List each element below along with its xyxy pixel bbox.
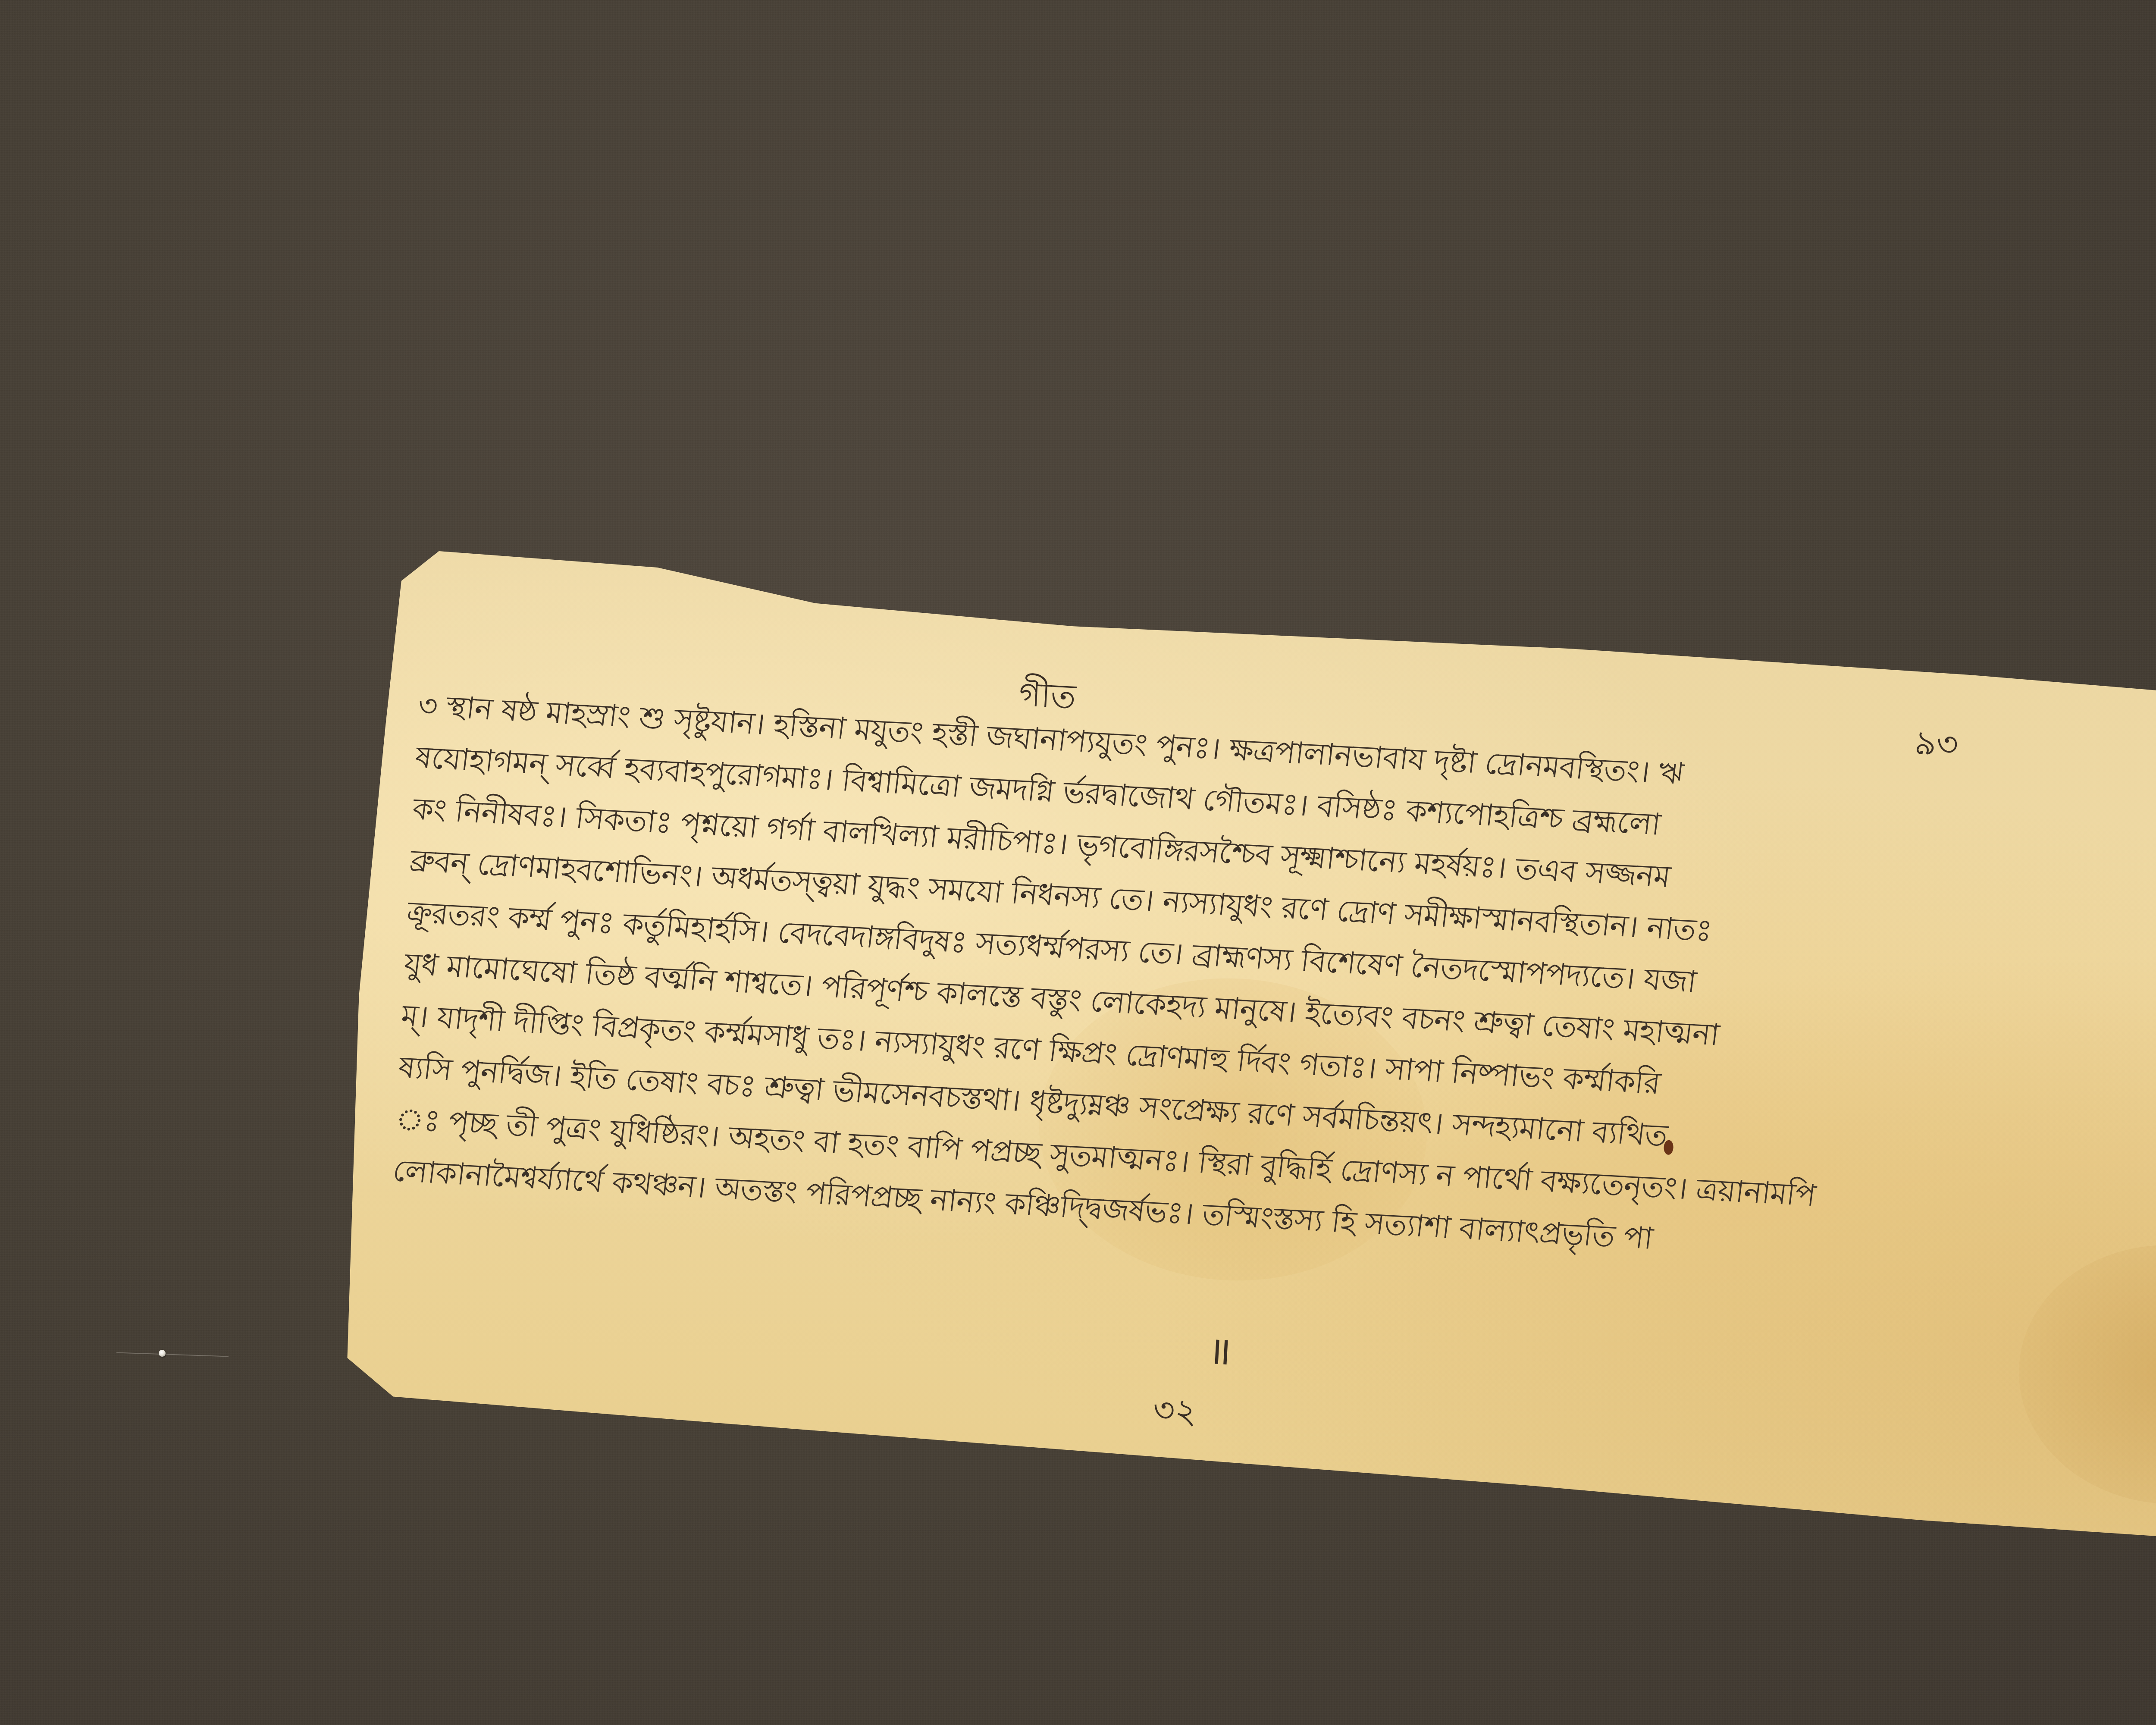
manuscript-folio: গীত ৯৩ ৩ স্থান ষষ্ঠ মাহস্রাং শু সৃষ্টুযা…	[330, 543, 2156, 1556]
footer-marker: ৩২	[1152, 1393, 1198, 1429]
manuscript-text: ৩ স্থান ষষ্ঠ মাহস্রাং শু সৃষ্টুযান। হস্ত…	[392, 679, 2156, 1298]
footer-flourish: ॥	[1207, 1331, 1232, 1371]
header-right-marker: ৯৩	[1914, 726, 1959, 762]
mounting-pin	[159, 1350, 166, 1357]
header-left-marker: গীত	[1018, 677, 1077, 714]
